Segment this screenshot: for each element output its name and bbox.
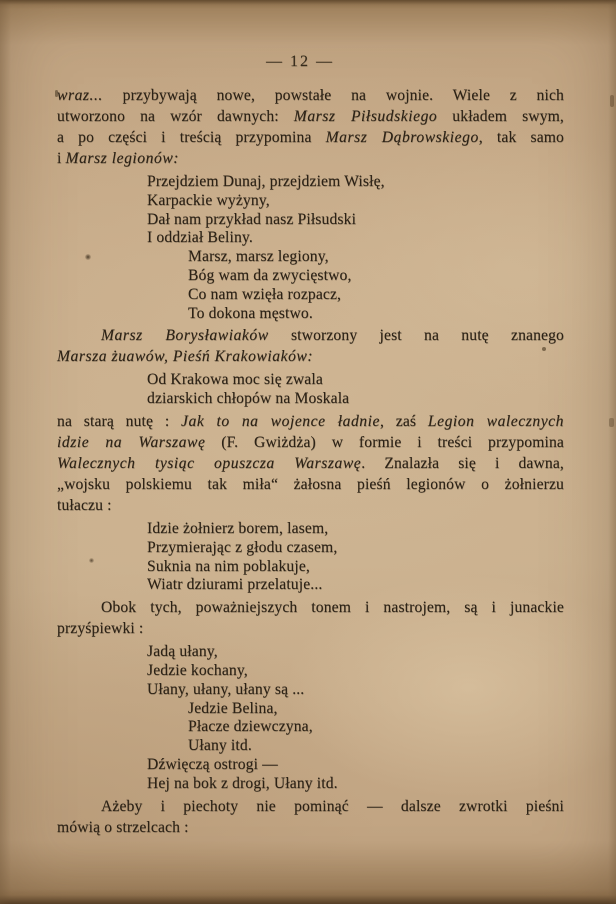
paragraph: Obok tych, poważniejszych tonem i nastro… <box>57 597 564 639</box>
scan-edge-top <box>0 0 616 9</box>
italic-text-run: Walecznych tysiąc opuszcza Warszawę <box>57 455 361 472</box>
verse-line: Przymierając z głodu czasem, <box>147 539 564 558</box>
italic-text-run: Legion walecznych <box>428 413 564 430</box>
verse-line: Suknia na nim poblakuje, <box>147 558 564 577</box>
scan-edge-mark <box>609 418 614 427</box>
paragraph: Marsz Borysławiaków stworzony jest na nu… <box>57 325 564 367</box>
text-run: na starą nutę : <box>57 413 181 430</box>
text-run: utworzono na wzór dawnych: <box>57 108 294 125</box>
italic-text-run: Jak to na wojence ładnie <box>181 413 380 430</box>
text-run: stworzony jest na nutę znanego <box>269 327 564 344</box>
verse-stanza: Przejdziem Dunaj, przejdziem Wisłę,Karpa… <box>57 173 564 323</box>
text-run: , tak samo <box>479 129 564 146</box>
verse-line: Karpackie wyżyny, <box>147 192 564 211</box>
paragraph-line: mówią o strzelcach : <box>57 817 564 838</box>
verse-line: Płacze dziewczyna, <box>188 718 564 737</box>
text-column: wraz... przybywają nowe, powstałe na woj… <box>57 85 564 842</box>
paragraph-line: Marsz Borysławiaków stworzony jest na nu… <box>57 325 564 346</box>
italic-text-run: idzie na Warszawę <box>57 434 205 451</box>
paragraph-line: a po części i treścią przypomina Marsz D… <box>57 127 564 148</box>
page-number: — 12 — <box>0 53 600 71</box>
paragraph-line: na starą nutę : Jak to na wojence ładnie… <box>57 411 564 432</box>
verse-line: Dźwięczą ostrogi — <box>147 756 564 775</box>
text-run: przyśpiewki : <box>57 620 143 637</box>
italic-text-run: Marsz Borysławiaków <box>101 327 269 344</box>
text-run: układem swym, <box>437 108 564 125</box>
paragraph-line: Walecznych tysiąc opuszcza Warszawę. Zna… <box>57 453 564 474</box>
paragraph: Ażeby i piechoty nie pominąć — dalsze zw… <box>57 796 564 838</box>
paragraph: wraz... przybywają nowe, powstałe na woj… <box>57 85 564 169</box>
paragraph: na starą nutę : Jak to na wojence ładnie… <box>57 411 564 516</box>
verse-stanza: Jadą ułany,Jedzie kochany,Ułany, ułany, … <box>57 643 564 793</box>
text-run: „wojsku polskiemu tak miła“ żałosna pieś… <box>57 476 564 493</box>
verse-line: I oddział Beliny. <box>147 229 564 248</box>
paragraph-line: Marsza żuawów, Pieśń Krakowiaków: <box>57 346 564 367</box>
verse-line: Idzie żołnierz borem, lasem, <box>147 520 564 539</box>
paragraph-line: przyśpiewki : <box>57 618 564 639</box>
text-run: i <box>57 150 66 167</box>
verse-line: Ułany, ułany, ułany są ... <box>147 681 564 700</box>
text-run: a po części i treścią przypomina <box>57 129 326 146</box>
paragraph-line: wraz... przybywają nowe, powstałe na woj… <box>57 85 564 106</box>
text-run: Ażeby i piechoty nie pominąć — dalsze zw… <box>101 798 564 815</box>
verse-stanza: Od Krakowa moc się zwaladziarskich chłop… <box>57 371 564 409</box>
verse-line: Ułany itd. <box>188 737 564 756</box>
text-run: (F. Gwiżdża) w formie i treści przypomin… <box>205 434 564 451</box>
verse-line: Bóg wam da zwycięstwo, <box>188 267 564 286</box>
italic-text-run: Marsz legionów: <box>66 150 180 167</box>
verse-line: dziarskich chłopów na Moskala <box>147 390 564 409</box>
text-run: Obok tych, poważniejszych tonem i nastro… <box>101 599 564 616</box>
verse-line: Przejdziem Dunaj, przejdziem Wisłę, <box>147 173 564 192</box>
verse-line: Jadą ułany, <box>147 643 564 662</box>
paragraph-line: Ażeby i piechoty nie pominąć — dalsze zw… <box>57 796 564 817</box>
paragraph-line: tułaczu : <box>57 495 564 516</box>
verse-line: Jedzie kochany, <box>147 662 564 681</box>
verse-line: Od Krakowa moc się zwala <box>147 371 564 390</box>
verse-line: To dokona męstwo. <box>188 305 564 324</box>
paragraph-line: i Marsz legionów: <box>57 148 564 169</box>
verse-line: Jedzie Belina, <box>188 700 564 719</box>
paragraph-line: Obok tych, poważniejszych tonem i nastro… <box>57 597 564 618</box>
verse-line: Wiatr dziurami przelatuje... <box>147 576 564 595</box>
paragraph-line: „wojsku polskiemu tak miła“ żałosna pieś… <box>57 474 564 495</box>
text-run: , zaś <box>380 413 428 430</box>
verse-line: Hej na bok z drogi, Ułany itd. <box>147 775 564 794</box>
text-run: . Znalazła się i dawna, <box>361 455 564 472</box>
italic-text-run: Marsza żuawów, Pieśń Krakowiaków: <box>57 348 313 365</box>
scanned-book-page: — 12 — wraz... przybywają nowe, powstałe… <box>0 0 616 904</box>
verse-line: Dał nam przykład nasz Piłsudski <box>147 211 564 230</box>
italic-text-run: Marsz Piłsudskiego <box>294 108 437 125</box>
paragraph-line: idzie na Warszawę (F. Gwiżdża) w formie … <box>57 432 564 453</box>
text-run: przybywają nowe, powstałe na wojnie. Wie… <box>103 87 564 104</box>
scan-edge-right <box>608 0 616 904</box>
italic-text-run: Marsz Dąbrowskiego <box>326 129 479 146</box>
italic-text-run: wraz... <box>57 87 103 104</box>
verse-line: Marsz, marsz legiony, <box>188 248 564 267</box>
text-run: mówią o strzelcach : <box>57 819 189 836</box>
verse-line: Co nam wzięła rozpacz, <box>188 286 564 305</box>
verse-stanza: Idzie żołnierz borem, lasem,Przymierając… <box>57 520 564 595</box>
scan-edge-left <box>0 0 11 904</box>
scan-edge-bottom <box>0 889 616 904</box>
paragraph-line: utworzono na wzór dawnych: Marsz Piłsuds… <box>57 106 564 127</box>
text-run: tułaczu : <box>57 497 112 514</box>
scan-edge-mark <box>610 95 614 107</box>
